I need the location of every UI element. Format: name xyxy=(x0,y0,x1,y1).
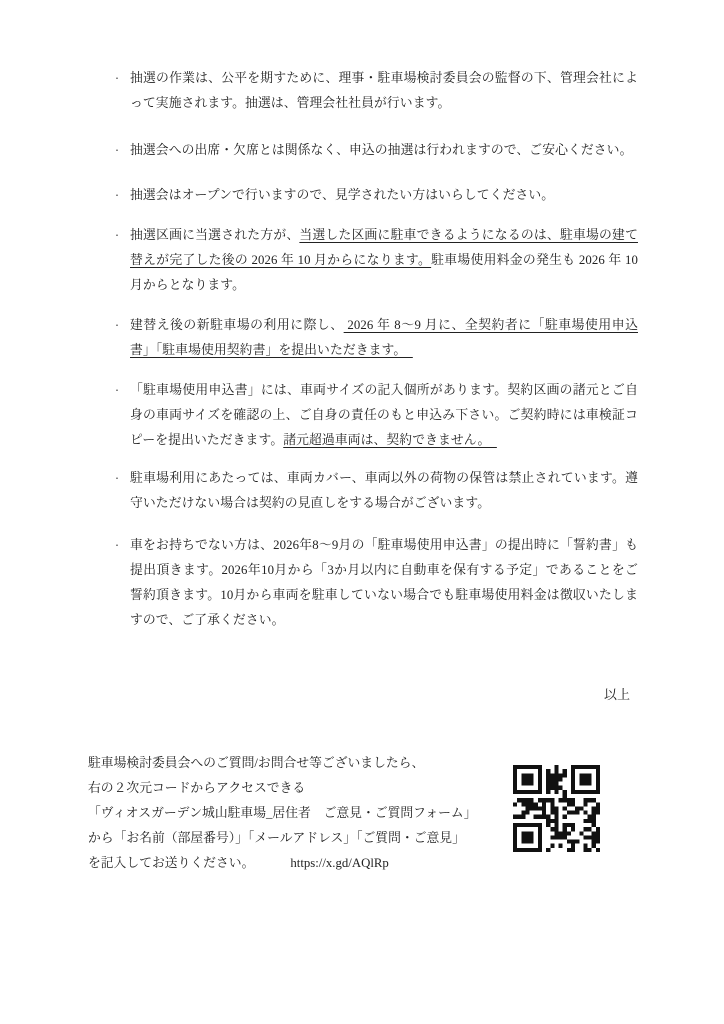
bullet-item: ・抽選会はオープンで行いますので、見学されたい方はいらしてください。 xyxy=(113,183,638,208)
footer: 駐車場検討委員会へのご質問/お問合せ等ございましたら、右の２次元コードからアクセ… xyxy=(88,751,518,876)
bullet-text: 「駐車場使用申込書」には、車両サイズの記入個所があります。契約区画の諸元とご自身… xyxy=(130,378,638,453)
footer-line: 駐車場検討委員会へのご質問/お問合せ等ございましたら、 xyxy=(88,751,518,776)
bullet-item: ・抽選の作業は、公平を期すために、理事・駐車場検討委員会の監督の下、管理会社によ… xyxy=(113,66,638,116)
bullet-text: 車をお持ちでない方は、2026年8～9月の「駐車場使用申込書」の提出時に「誓約書… xyxy=(130,533,638,633)
bullet-item: ・建替え後の新駐車場の利用に際し、 2026 年 8～9 月に、全契約者に「駐車… xyxy=(113,313,638,363)
bullet-marker: ・ xyxy=(113,66,130,91)
bullet-marker: ・ xyxy=(113,533,130,558)
bullet-marker: ・ xyxy=(113,183,130,208)
bullet-marker: ・ xyxy=(113,223,130,248)
bullet-text: 抽選会への出席・欠席とは関係なく、申込の抽選は行われますので、ご安心ください。 xyxy=(130,138,638,163)
bullet-list: ・抽選の作業は、公平を期すために、理事・駐車場検討委員会の監督の下、管理会社によ… xyxy=(113,66,638,633)
qr-code xyxy=(513,765,600,852)
bullet-text: 抽選の作業は、公平を期すために、理事・駐車場検討委員会の監督の下、管理会社によっ… xyxy=(130,66,638,116)
bullet-text: 駐車場利用にあたっては、車両カバー、車両以外の荷物の保管は禁止されています。遵守… xyxy=(130,466,638,516)
footer-closing-text: を記入してお送りください。 xyxy=(88,856,254,870)
bullet-marker: ・ xyxy=(113,138,130,163)
bullet-item: ・車をお持ちでない方は、2026年8～9月の「駐車場使用申込書」の提出時に「誓約… xyxy=(113,533,638,633)
bullet-item: ・駐車場利用にあたっては、車両カバー、車両以外の荷物の保管は禁止されています。遵… xyxy=(113,466,638,516)
footer-line: 「ヴィオスガーデン城山駐車場_居住者 ご意見・ご質問フォーム」 xyxy=(88,801,518,826)
bullet-text: 建替え後の新駐車場の利用に際し、 2026 年 8～9 月に、全契約者に「駐車場… xyxy=(130,313,638,363)
closing-text: 以上 xyxy=(113,682,630,707)
document-page: ・抽選の作業は、公平を期すために、理事・駐車場検討委員会の監督の下、管理会社によ… xyxy=(0,0,724,1024)
bullet-item: ・「駐車場使用申込書」には、車両サイズの記入個所があります。契約区画の諸元とご自… xyxy=(113,378,638,453)
footer-url: https://x.gd/AQlRp xyxy=(290,856,388,870)
footer-line: から「お名前（部屋番号）」「メールアドレス」「ご質問・ご意見」 xyxy=(88,826,518,851)
bullet-text: 抽選会はオープンで行いますので、見学されたい方はいらしてください。 xyxy=(130,183,638,208)
footer-line: を記入してお送りください。https://x.gd/AQlRp xyxy=(88,851,518,876)
footer-line: 右の２次元コードからアクセスできる xyxy=(88,776,518,801)
bullet-marker: ・ xyxy=(113,313,130,338)
bullet-item: ・抽選区画に当選された方が、当選した区画に駐車できるようになるのは、駐車場の建て… xyxy=(113,223,638,298)
bullet-marker: ・ xyxy=(113,466,130,491)
bullet-item: ・抽選会への出席・欠席とは関係なく、申込の抽選は行われますので、ご安心ください。 xyxy=(113,138,638,163)
bullet-text: 抽選区画に当選された方が、当選した区画に駐車できるようになるのは、駐車場の建て替… xyxy=(130,223,638,298)
bullet-marker: ・ xyxy=(113,378,130,403)
